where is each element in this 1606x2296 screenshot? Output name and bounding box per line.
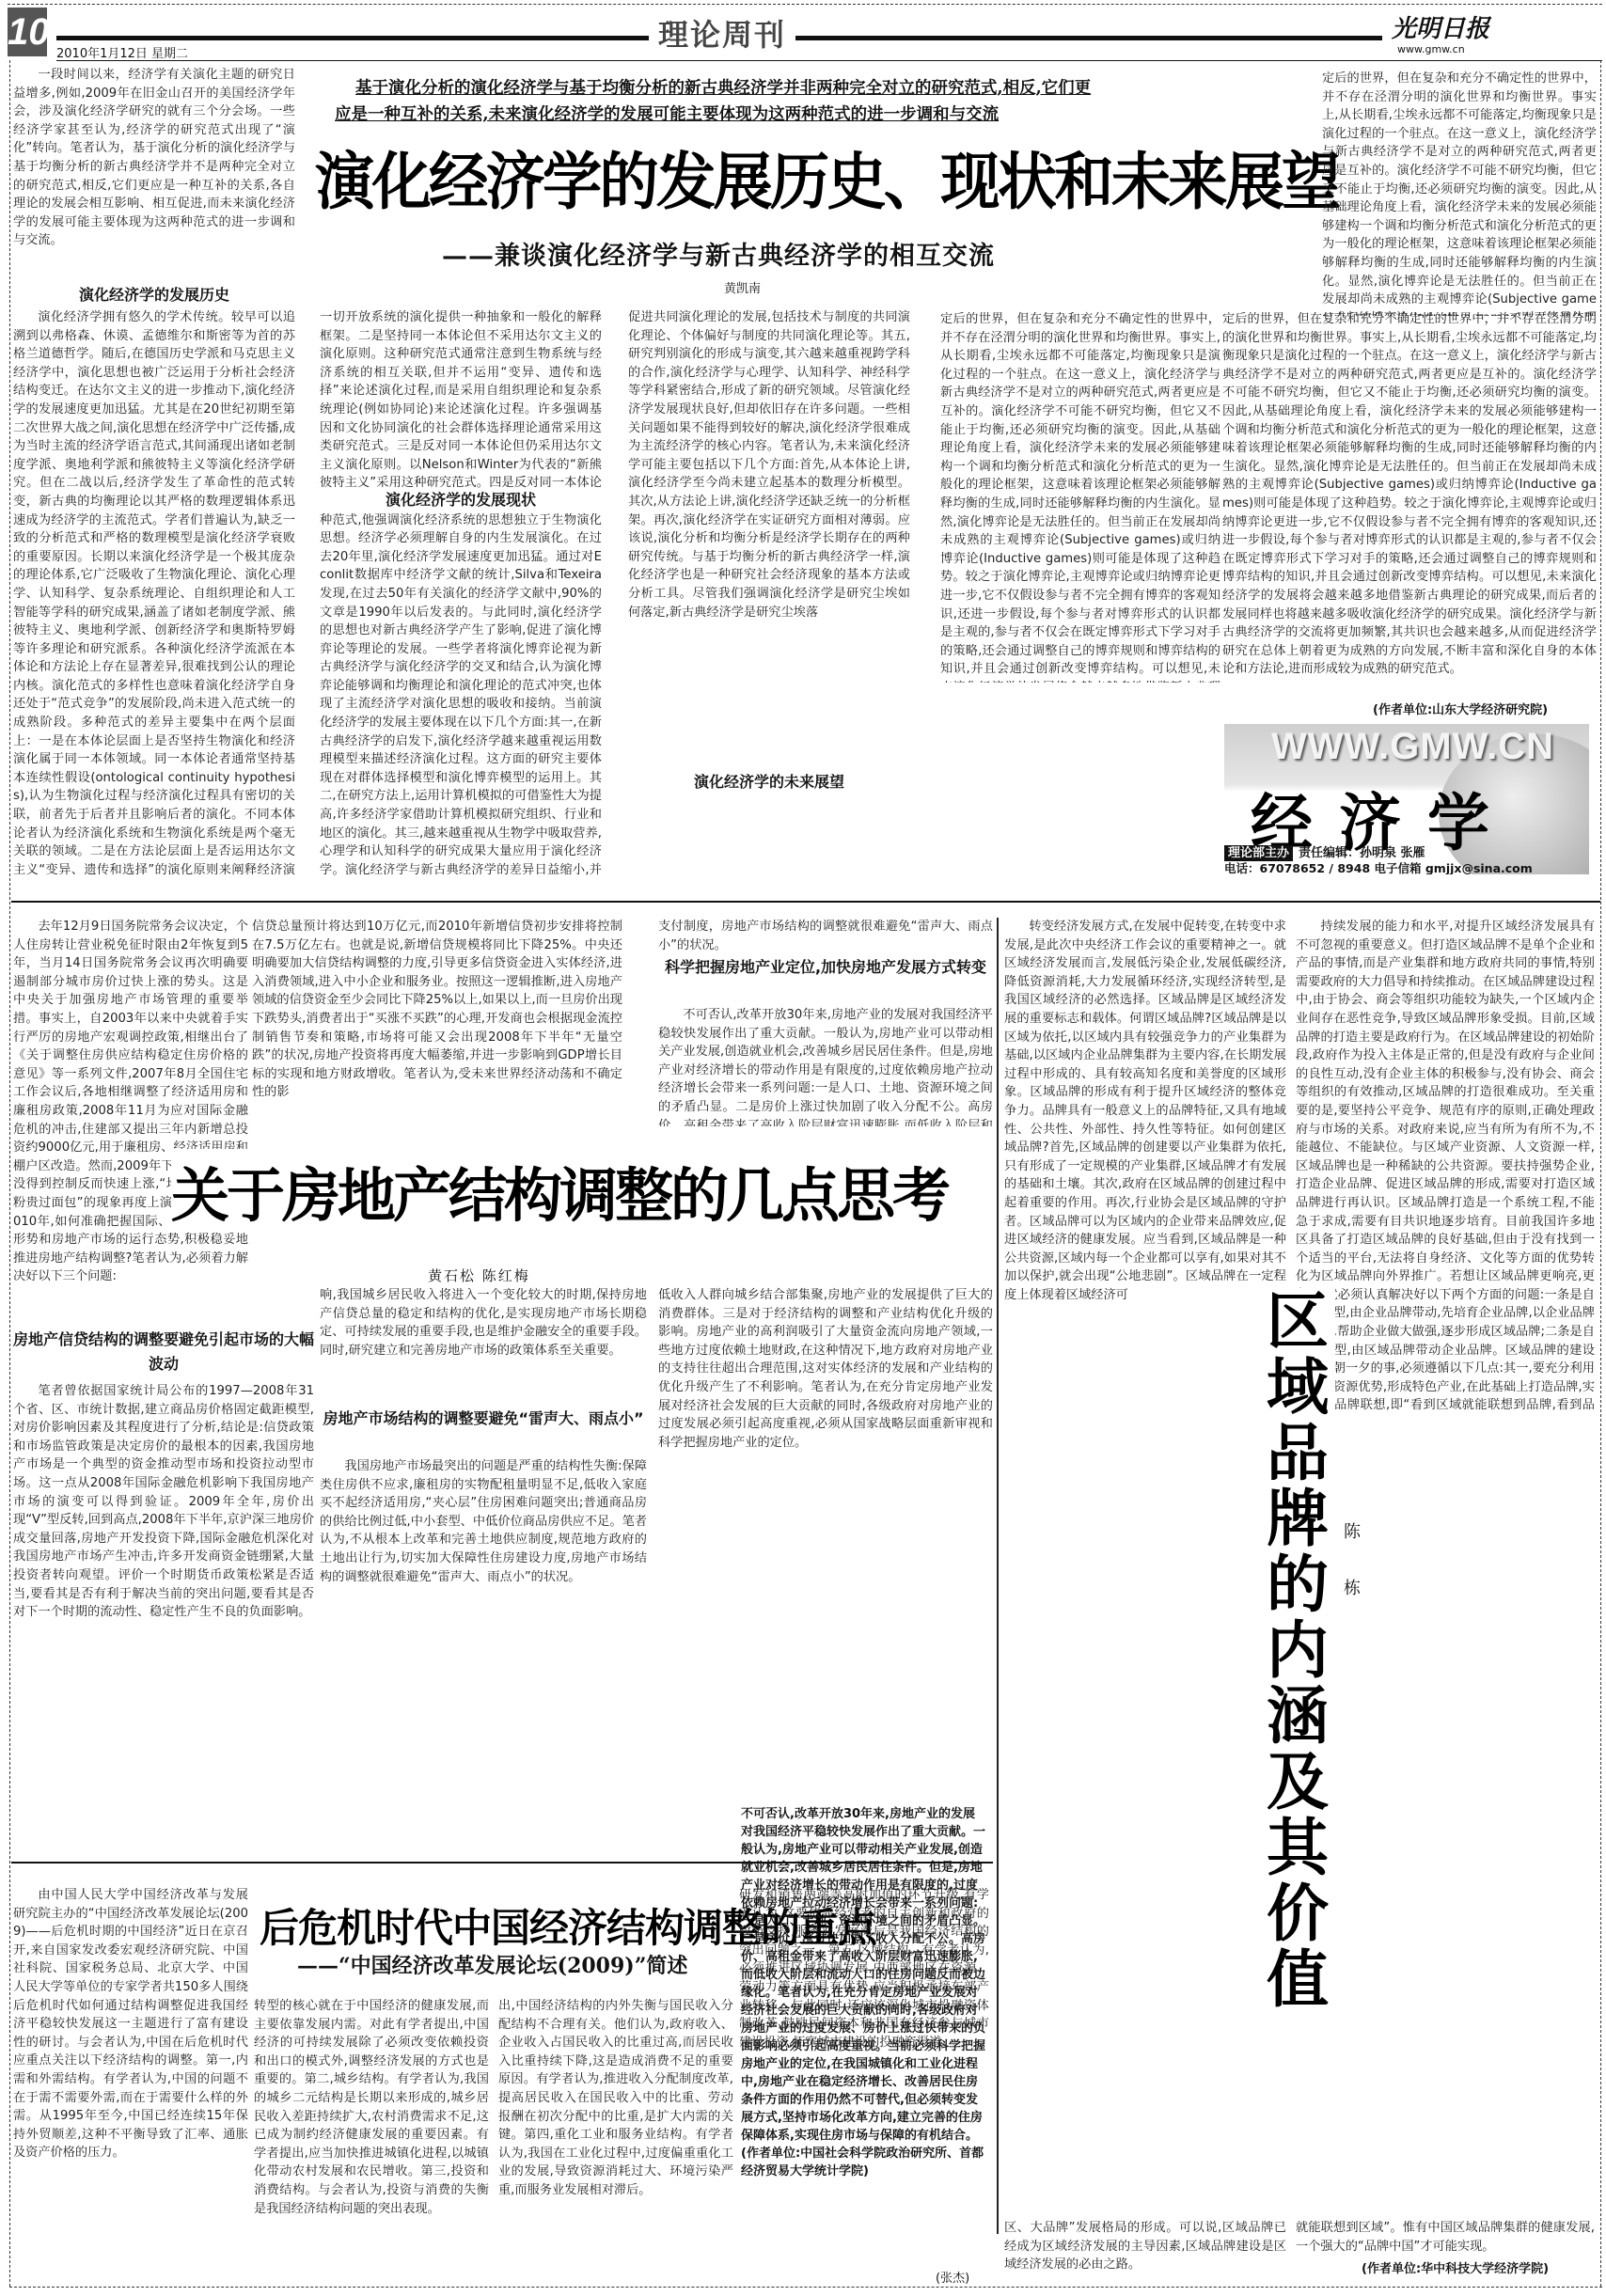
article3-col1: 转变经济发展方式,在发展中促转变,在转变中求发展,是此次中央经济工作会议的重要精… (1004, 918, 1286, 2215)
header-thin-rule (56, 60, 1602, 61)
article4-credit: (张杰) (936, 2268, 969, 2286)
article3-author: 陈栋 (1341, 1504, 1363, 1617)
article1-heading-current: 演化经济学的发展现状 (320, 489, 602, 511)
article1-history-text: 演化经济学拥有悠久的学术传统。较早可以追溯到以弗格森、休谟、孟德维尔和斯密等为首… (13, 308, 295, 876)
banner-editor-names: 责任编辑：孙明泉 张雁 (1299, 846, 1425, 860)
section-title: 理论周刊 (649, 11, 795, 55)
article3-affiliation: (作者单位:华中科技大学经济学院) (1362, 2258, 1549, 2276)
article1-lead: 一段时间以来，经济学有关演化主题的研究日益增多,例如,2009年在旧金山召开的美… (13, 66, 295, 280)
article2-col2-bottom: 响,我国城乡居民收入将进入一个变化较大的时期,保持房地产信贷总量的稳定和结构的优… (320, 1286, 647, 1397)
article1-author: 黄凯南 (724, 278, 761, 296)
masthead-logo: 光明日报 (1392, 9, 1489, 44)
article2-headline: 关于房地产结构调整的几点思考 (171, 1149, 957, 1233)
article2-market-text: 我国房地产市场最突出的问题是严重的结构性失衡:保障类住房供不应求,廉租房的实物配… (320, 1457, 647, 1852)
section-divider (11, 901, 1600, 903)
article2-col3-top: 支付制度，房地产市场结构的调整就很难避免“雷声大、雨点小”的状况。 (658, 918, 993, 955)
article2-col3-bottom: 低收入人群向城乡结合部集聚,房地产业的发展提供了巨大的消费群体。三是对于经济结构… (658, 1286, 993, 1773)
article2-heading-positioning: 科学把握房地产业定位,加快房地产发展方式转变 (658, 955, 993, 980)
article1-heading-history: 演化经济学的发展历史 (13, 284, 295, 307)
economics-section-banner: WWW.GMW.CN 经济学 理论部主办责任编辑：孙明泉 张雁 电话：67078… (1224, 724, 1589, 874)
left-border (9, 60, 10, 2287)
article2-heading-credit: 房地产信贷结构的调整要避免引起市场的大幅波动 (13, 1328, 314, 1376)
article1-right-top: 定后的世界，但在复杂和充分不确定性的世界中，并不存在泾渭分明的演化世界和均衡世界… (1322, 70, 1597, 316)
article1-affiliation: (作者单位:山东大学经济研究院) (1373, 700, 1548, 717)
article2-positioning-text: 不可否认,改革开放30年来,房地产业的发展对我国经济平稳较快发展作出了重大贡献。… (658, 1006, 993, 1126)
article3-headline: 区域品牌的内涵及其价值 (1260, 1288, 1335, 2012)
article3-col2-end: 就能联想到区域”。惟有中国区域品牌集群的健康发展,一个强大的“品牌中国”才可能实… (1296, 2219, 1595, 2257)
article-divider (11, 1862, 993, 1864)
article1-headline: 演化经济学的发展历史、现状和未来展望 (315, 132, 1339, 221)
article3-col1-end: 区、大品牌”发展格局的形成。可以说,区域品牌已经成为区域经济发展的主导因素,区域… (1004, 2219, 1286, 2273)
article4-col1: 由中国人民大学中国经济改革与发展研究院主办的“中国经济改革发展论坛(2009)—… (13, 1886, 248, 2272)
article2-credit-text: 笔者曾依据国家统计局公布的1997—2008年31个省、区、市统计数据,建立商品… (13, 1382, 314, 1852)
banner-url: WWW.GMW.CN (1271, 726, 1554, 768)
article4-col3: 出,中国经济结构的内外失衡与国民收入分配结构不合理有关。他们认为,政府收入、企业… (498, 1997, 733, 2272)
article2-col2-top: 信贷总量预计将达到10万亿元,而2010年新增信贷初步安排将控制在7.5万亿左右… (252, 918, 622, 1121)
page-number: 10 (8, 8, 47, 56)
banner-editors: 理论部主办责任编辑：孙明泉 张雁 (1224, 842, 1425, 860)
article4-col4: 研发和销售两端等高附加值的环节升级,有学者认为,这要依靠经营者的自主创新和政府的… (739, 1886, 989, 2272)
article4-col2: 转型的核心就在于中国经济的健康发展,而主要依靠发展内需。对此有学者提出,中国经济… (254, 1997, 489, 2272)
article2-authors: 黄石松 陈红梅 (428, 1266, 530, 1285)
banner-contact: 电话：67078652 / 8948 电子信箱 gmjjx@sina.com (1224, 859, 1533, 874)
article1-deck-line2: 应是一种互补的关系,未来演化经济学的发展可能主要体现为这两种范式的进一步调和与交… (335, 103, 1200, 126)
issue-date: 2010年1月12日 星期二 (56, 43, 188, 61)
article1-subtitle: ——兼谈演化经济学与新古典经济学的相互交流 (442, 235, 995, 272)
article1-col4-text: 定后的世界，但在复杂和充分不确定性的世界中，并不存在泾渭分明的演化世界和均衡世界… (940, 310, 1220, 683)
article4-subtitle: ——“中国经济改革发展论坛(2009)”简述 (297, 1950, 687, 1979)
article1-col5-text: 定后的世界，但在复杂和充分不确定性的世界中，并不存在泾渭分明的演化世界和均衡世界… (1222, 310, 1597, 683)
article1-deck-line1: 基于演化分析的演化经济学与基于均衡分析的新古典经济学并非两种完全对立的研究范式,… (355, 77, 1220, 100)
article1-col2-text: 一切开放系统的演化提供一种抽象和一般化的解释框架。二是坚持同一本体论但不采用达尔… (320, 308, 602, 876)
bottom-border (9, 2287, 1602, 2288)
top-border (8, 4, 1602, 5)
article2-heading-market: 房地产市场结构的调整要避免“雷声大、雨点小” (320, 1407, 647, 1431)
right-border (1600, 60, 1601, 2287)
article1-heading-future: 演化经济学的未来展望 (628, 771, 910, 794)
column-rule (997, 918, 999, 2234)
masthead-url[interactable]: www.gmw.cn (1397, 43, 1465, 55)
